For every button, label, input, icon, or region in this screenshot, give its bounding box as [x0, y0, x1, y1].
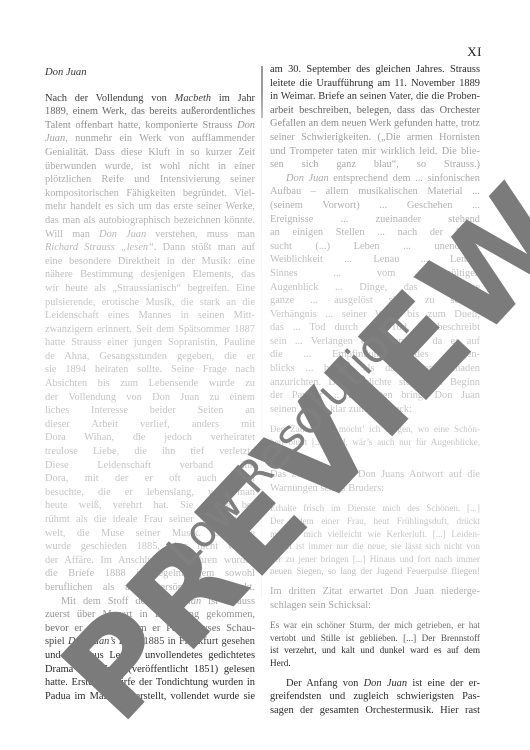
text-line: Ereignisse ... zueinander stehend [270, 213, 480, 227]
text-line: Der Odem einer Frau, heut Frühlingsduft,… [270, 515, 480, 528]
text-line: wurde geschieden 1885, aber nicht wegen [45, 540, 255, 554]
text-line: spiel Don Juan’s Ende 1885 in Frankfurt … [45, 635, 255, 649]
text-line: Herd. [270, 657, 480, 670]
text-line: Diese Leidenschaft verband ihn [45, 459, 255, 473]
text-line: Mit dem Stoff des Don Juan ist Strauss [45, 595, 255, 609]
text-line: Dora, mit der er oft auch Wien [45, 472, 255, 486]
text-line: das man als autobiographisch bezeichnen … [45, 214, 255, 228]
text-line: (seinem Vorwort) ... Geschehen ... [270, 199, 480, 213]
text-line: Im dritten Zitat erwartet Don Juan niede… [270, 585, 480, 599]
text-line: seinen Zweck klar zum Ausdruck: [270, 403, 480, 417]
text-line: Richard Strauss „lesen“. Dann stößt man … [45, 241, 255, 255]
text-line: ist verzehrt, und kalt und dunkel ward e… [270, 644, 480, 657]
text-line: schlagen sein Schicksal: [270, 599, 480, 613]
text-line: Sinnes ... vom endgültigen [270, 267, 480, 281]
text-line: eine besondere Direktheit in der Musik: … [45, 255, 255, 269]
text-line: greifendsten und zugleich schwierigsten … [270, 690, 480, 704]
text-line: siegen. [270, 449, 480, 462]
text-line: Absichten bis zum Lebensende wurde zu [45, 377, 255, 391]
text-line: und Trompeter taten mir wirklich leid. D… [270, 145, 480, 159]
text-line: nähere Bestimmung desjenigen Elements, d… [45, 268, 255, 282]
text-line: blicks ... besser, als dauerhaften Schad… [270, 362, 480, 376]
text-line: morgen mich vielleicht wie Kerkerluft. [… [270, 528, 480, 541]
text-line: beruflichen als auch persönlichen Kontak… [45, 581, 255, 595]
text-line: sucht (...) Leben ... unendliche [270, 240, 480, 254]
page-number: XI [467, 44, 482, 60]
column-divider [261, 66, 263, 118]
text-line: die ... Empfindungen des Augen- [270, 348, 480, 362]
paragraph-2: Das zweite ist aus Don Juans Antwort auf… [270, 468, 480, 495]
text-line: Aufbau – allem musikalischen Material ..… [270, 185, 480, 199]
text-line: sie 1894 heiraten sollte. Seine Frage na… [45, 363, 255, 377]
text-line: an einigen Stellen ... nach der Sehn- [270, 226, 480, 240]
quote-3: Es war ein schöner Sturm, der mich getri… [270, 619, 480, 669]
text-line: rühmt als die ideale Frau seiner Vorstel… [45, 513, 255, 527]
text-line: die Briefe 1888 in regelmäßigem sowohl [45, 567, 255, 581]
text-line: besuchte, die er lebenslang, wie man [45, 486, 255, 500]
text-line: der Partitur ... Im ersten bringt Don Ju… [270, 389, 480, 403]
text-line: Leidenschaft eines Mannes in seinen Mitt… [45, 309, 255, 323]
text-line: arbeit beschreiben, belegen, dass das Or… [270, 104, 480, 118]
text-line: mehr handelt es sich um das erste seiner… [45, 200, 255, 214]
text-line: das ... Tod durch den Tod. Er beschreibt [270, 321, 480, 335]
text-line: liches Interesse beider Seiten an [45, 404, 255, 418]
text-line: sen sich ganz blau“, so Strauss.) [270, 158, 480, 172]
text-line: heute weiß, verehrt hat. Sie wurde be- [45, 499, 255, 513]
text-line: Don Juan entsprechend dem ... sinfonisch… [270, 172, 480, 186]
text-line: hatte Strauss einer jungen Sopranistin, … [45, 336, 255, 350]
paragraph-3: Im dritten Zitat erwartet Don Juan niede… [270, 585, 480, 612]
text-line: de Ahna, Gesangsstunden gegeben, die er [45, 350, 255, 364]
text-line: welt, die Muse seiner Musik. Die Ehe [45, 527, 255, 541]
text-line: der Affäre. Im Anschluss vier Jahren wur… [45, 554, 255, 568]
text-line: leitete die Uraufführung am 11. November… [270, 77, 480, 91]
right-column: am 30. September des gleichen Jahres. St… [270, 63, 480, 717]
text-line: neuen Siegen, so lang der Jugend Feuerpu… [270, 565, 480, 578]
text-line: anzurichten. Drei Gedichte stehen zu Beg… [270, 376, 480, 390]
text-line: dieser Arbeit verlief, anders mit [45, 418, 255, 432]
text-line: und Nikolaus Lenaus unvollendetes gedich… [45, 649, 255, 663]
text-line: Dora Wihan, die jedoch verheiratet [45, 431, 255, 445]
text-line: treulose Liebe, die ihn tief verletzte [45, 445, 255, 459]
text-line: schaft ist immer nur die neue, sie lässt… [270, 540, 480, 553]
text-line: Warnungen seines Bruders: [270, 482, 480, 496]
text-line: sagen der gesamten Orchestermusik. Hier … [270, 704, 480, 718]
text-line: Das zweite ist aus Don Juans Antwort auf… [270, 468, 480, 482]
text-line: kompositorischen Fähigkeiten begründet. … [45, 187, 255, 201]
text-line: in Weimar. Briefe an seinen Vater, die d… [270, 90, 480, 104]
text-line: Talent offenbart hatte, komponierte Stra… [45, 119, 255, 133]
text-line: 1889, einem Werk, das bereits außerorden… [45, 105, 255, 119]
text-line: zuerst über Mozart in Berührung gekommen… [45, 608, 255, 622]
section-title: Don Juan [45, 66, 255, 80]
left-column: Don Juan Nach der Vollendung von Macbeth… [45, 66, 255, 703]
text-line: Gefallen an dem neuen Werk gefunden hatt… [270, 117, 480, 131]
quote-1: Den Zauberkreis möcht’ ich fliegen, wo e… [270, 423, 480, 461]
quote-2: Erhalte frisch im Dienste mich des Schön… [270, 502, 480, 578]
text-line: Will man Don Juan verstehen, muss man [45, 228, 255, 242]
text-line: bevor er erst nachdem er Paul Heyses Sch… [45, 622, 255, 636]
text-line: zwanzigern erinnert. Seit dem Spätsommer… [45, 323, 255, 337]
text-line: Juan, nunmehr ein Werk von aufflammender [45, 132, 255, 146]
text-line: Den Zauberkreis möcht’ ich fliegen, wo e… [270, 423, 480, 436]
text-line: ganze ... ausgelöst sind, zu seinem [270, 294, 480, 308]
text-line: pulsierende, erotische Musik, die stark … [45, 296, 255, 310]
text-line: Augenblick ... Dinge, das er seine [270, 281, 480, 295]
text-line: Nach der Vollendung von Macbeth im Jahr [45, 92, 255, 106]
text-line: wir heute als „Straussianisch“ begreifen… [45, 282, 255, 296]
text-line: vertobt und Stille ist geblieben. [...] … [270, 632, 480, 645]
text-line: Der Anfang von Don Juan ist eine der er- [270, 677, 480, 691]
text-line: Es war ein schöner Sturm, der mich getri… [270, 619, 480, 632]
text-line: der Vollendung von Don Juan zu einem [45, 391, 255, 405]
text-line: Weiblichkeit ... Lenau ... Lenaus [270, 253, 480, 267]
text-line: Erhalte frisch im Dienste mich des Schön… [270, 502, 480, 515]
text-line: Genialität. Dass diese Kluft in so kurze… [45, 146, 255, 160]
text-line: sein ... Verlangen entzünden ist, da er … [270, 335, 480, 349]
text-line: plötzlichen Reife und Intensivierung sei… [45, 173, 255, 187]
right-column-body: am 30. September des gleichen Jahres. St… [270, 63, 480, 416]
column-divider-faint [261, 118, 262, 598]
text-line: der zu jener bringen [...] Hinaus und fo… [270, 553, 480, 566]
text-line: überwunden wurde, ist wohl nicht in eine… [45, 160, 255, 174]
text-line: seiner Schwierigkeiten. („Die armen Horn… [270, 131, 480, 145]
paragraph-4: Der Anfang von Don Juan ist eine der er-… [270, 677, 480, 718]
left-column-body: Nach der Vollendung von Macbeth im Jahr1… [45, 92, 255, 704]
text-line: Verhängnis ... seiner Wege bis zum Duell… [270, 308, 480, 322]
text-line: Drama Don Juan (veröffentlicht 1851) gel… [45, 663, 255, 677]
text-line: heit blüht [...] Und, wär’s auch nur für… [270, 436, 480, 449]
text-line: am 30. September des gleichen Jahres. St… [270, 63, 480, 77]
text-line: Padua im Mai 1888 erstellt, vollendet wu… [45, 690, 255, 704]
text-line: hatte. Erste Entwürfe der Tondichtung wu… [45, 676, 255, 690]
